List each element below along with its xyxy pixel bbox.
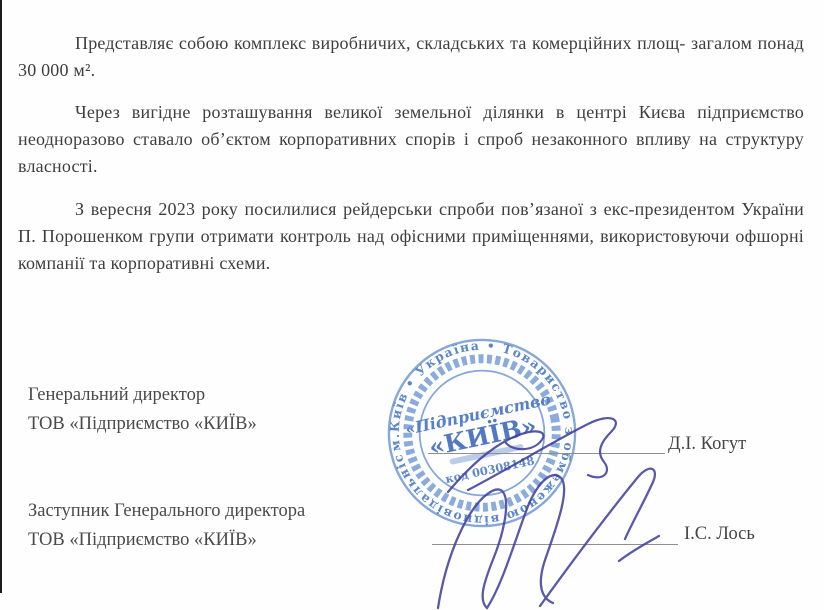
paragraph-location: Через вигідне розташування великої земел… [18,99,804,180]
paragraph-raider-attempts: З вересня 2023 року посилилися рейдерськ… [18,196,804,277]
signatory-1-name: Д.І. Когут [668,434,746,455]
document-page: Представляє собою комплекс виробничих, с… [0,0,824,610]
paragraph-complex-description: Представляє собою комплекс виробничих, с… [18,30,804,84]
signatory-1-title-block: Генеральний директор ТОВ «Підприємство «… [28,381,257,438]
signature-line-2 [432,524,678,545]
scan-edge-border [0,0,2,593]
signatory-2-company: ТОВ «Підприємство «КИЇВ» [28,530,257,550]
signatory-1-title: Генеральний директор [28,385,205,405]
signature-line-1 [428,433,665,454]
signatory-2-name: І.С. Лось [684,524,755,545]
signatory-1-company: ТОВ «Підприємство «КИЇВ» [28,414,257,434]
signatory-2-title: Заступник Генерального директора [28,501,305,521]
signatory-2-title-block: Заступник Генерального директора ТОВ «Пі… [28,497,305,554]
